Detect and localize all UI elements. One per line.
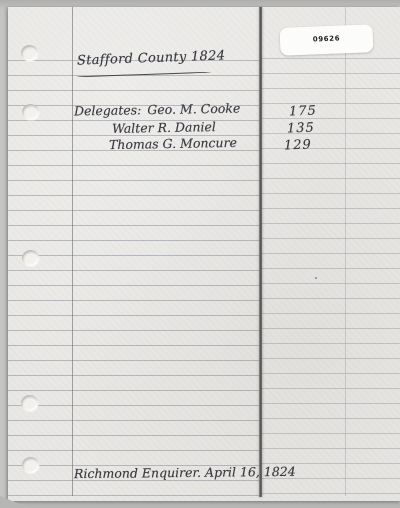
margin-rule-line: [72, 7, 73, 496]
catalog-number-sticker: 09626: [279, 24, 373, 56]
scanned-document: 09626 Stafford County 1824 Delegates:Geo…: [0, 0, 400, 508]
delegate-row: Walter R. Daniel: [112, 119, 216, 136]
punch-hole-icon: [21, 395, 38, 411]
source-citation-text: Richmond Enquirer. April 16, 1824: [74, 464, 296, 481]
scan-speck: [315, 277, 317, 279]
page-edge-line: [259, 7, 262, 497]
delegate-name: Geo. M. Cooke: [147, 101, 240, 118]
delegate-row: Delegates:Geo. M. Cooke: [74, 101, 241, 119]
vote-count: 129: [284, 138, 312, 154]
ruled-lines-underlay: [262, 58, 400, 498]
vote-count: 135: [287, 121, 315, 137]
punch-hole-icon: [22, 457, 39, 473]
punch-hole-icon: [21, 45, 38, 61]
underlay-rule-line: [345, 7, 346, 496]
notebook-paper: 09626 Stafford County 1824 Delegates:Geo…: [8, 7, 400, 501]
punch-hole-icon: [22, 104, 39, 120]
catalog-number: 09626: [313, 34, 341, 43]
source-citation: Richmond Enquirer. April 16, 1824: [74, 464, 296, 481]
delegates-label: Delegates:: [74, 102, 142, 118]
delegate-name: Thomas G. Moncure: [109, 135, 237, 152]
delegate-name: Walter R. Daniel: [112, 119, 216, 136]
delegate-row: Thomas G. Moncure: [109, 135, 237, 152]
punch-hole-icon: [22, 250, 39, 266]
vote-count: 175: [289, 104, 317, 120]
